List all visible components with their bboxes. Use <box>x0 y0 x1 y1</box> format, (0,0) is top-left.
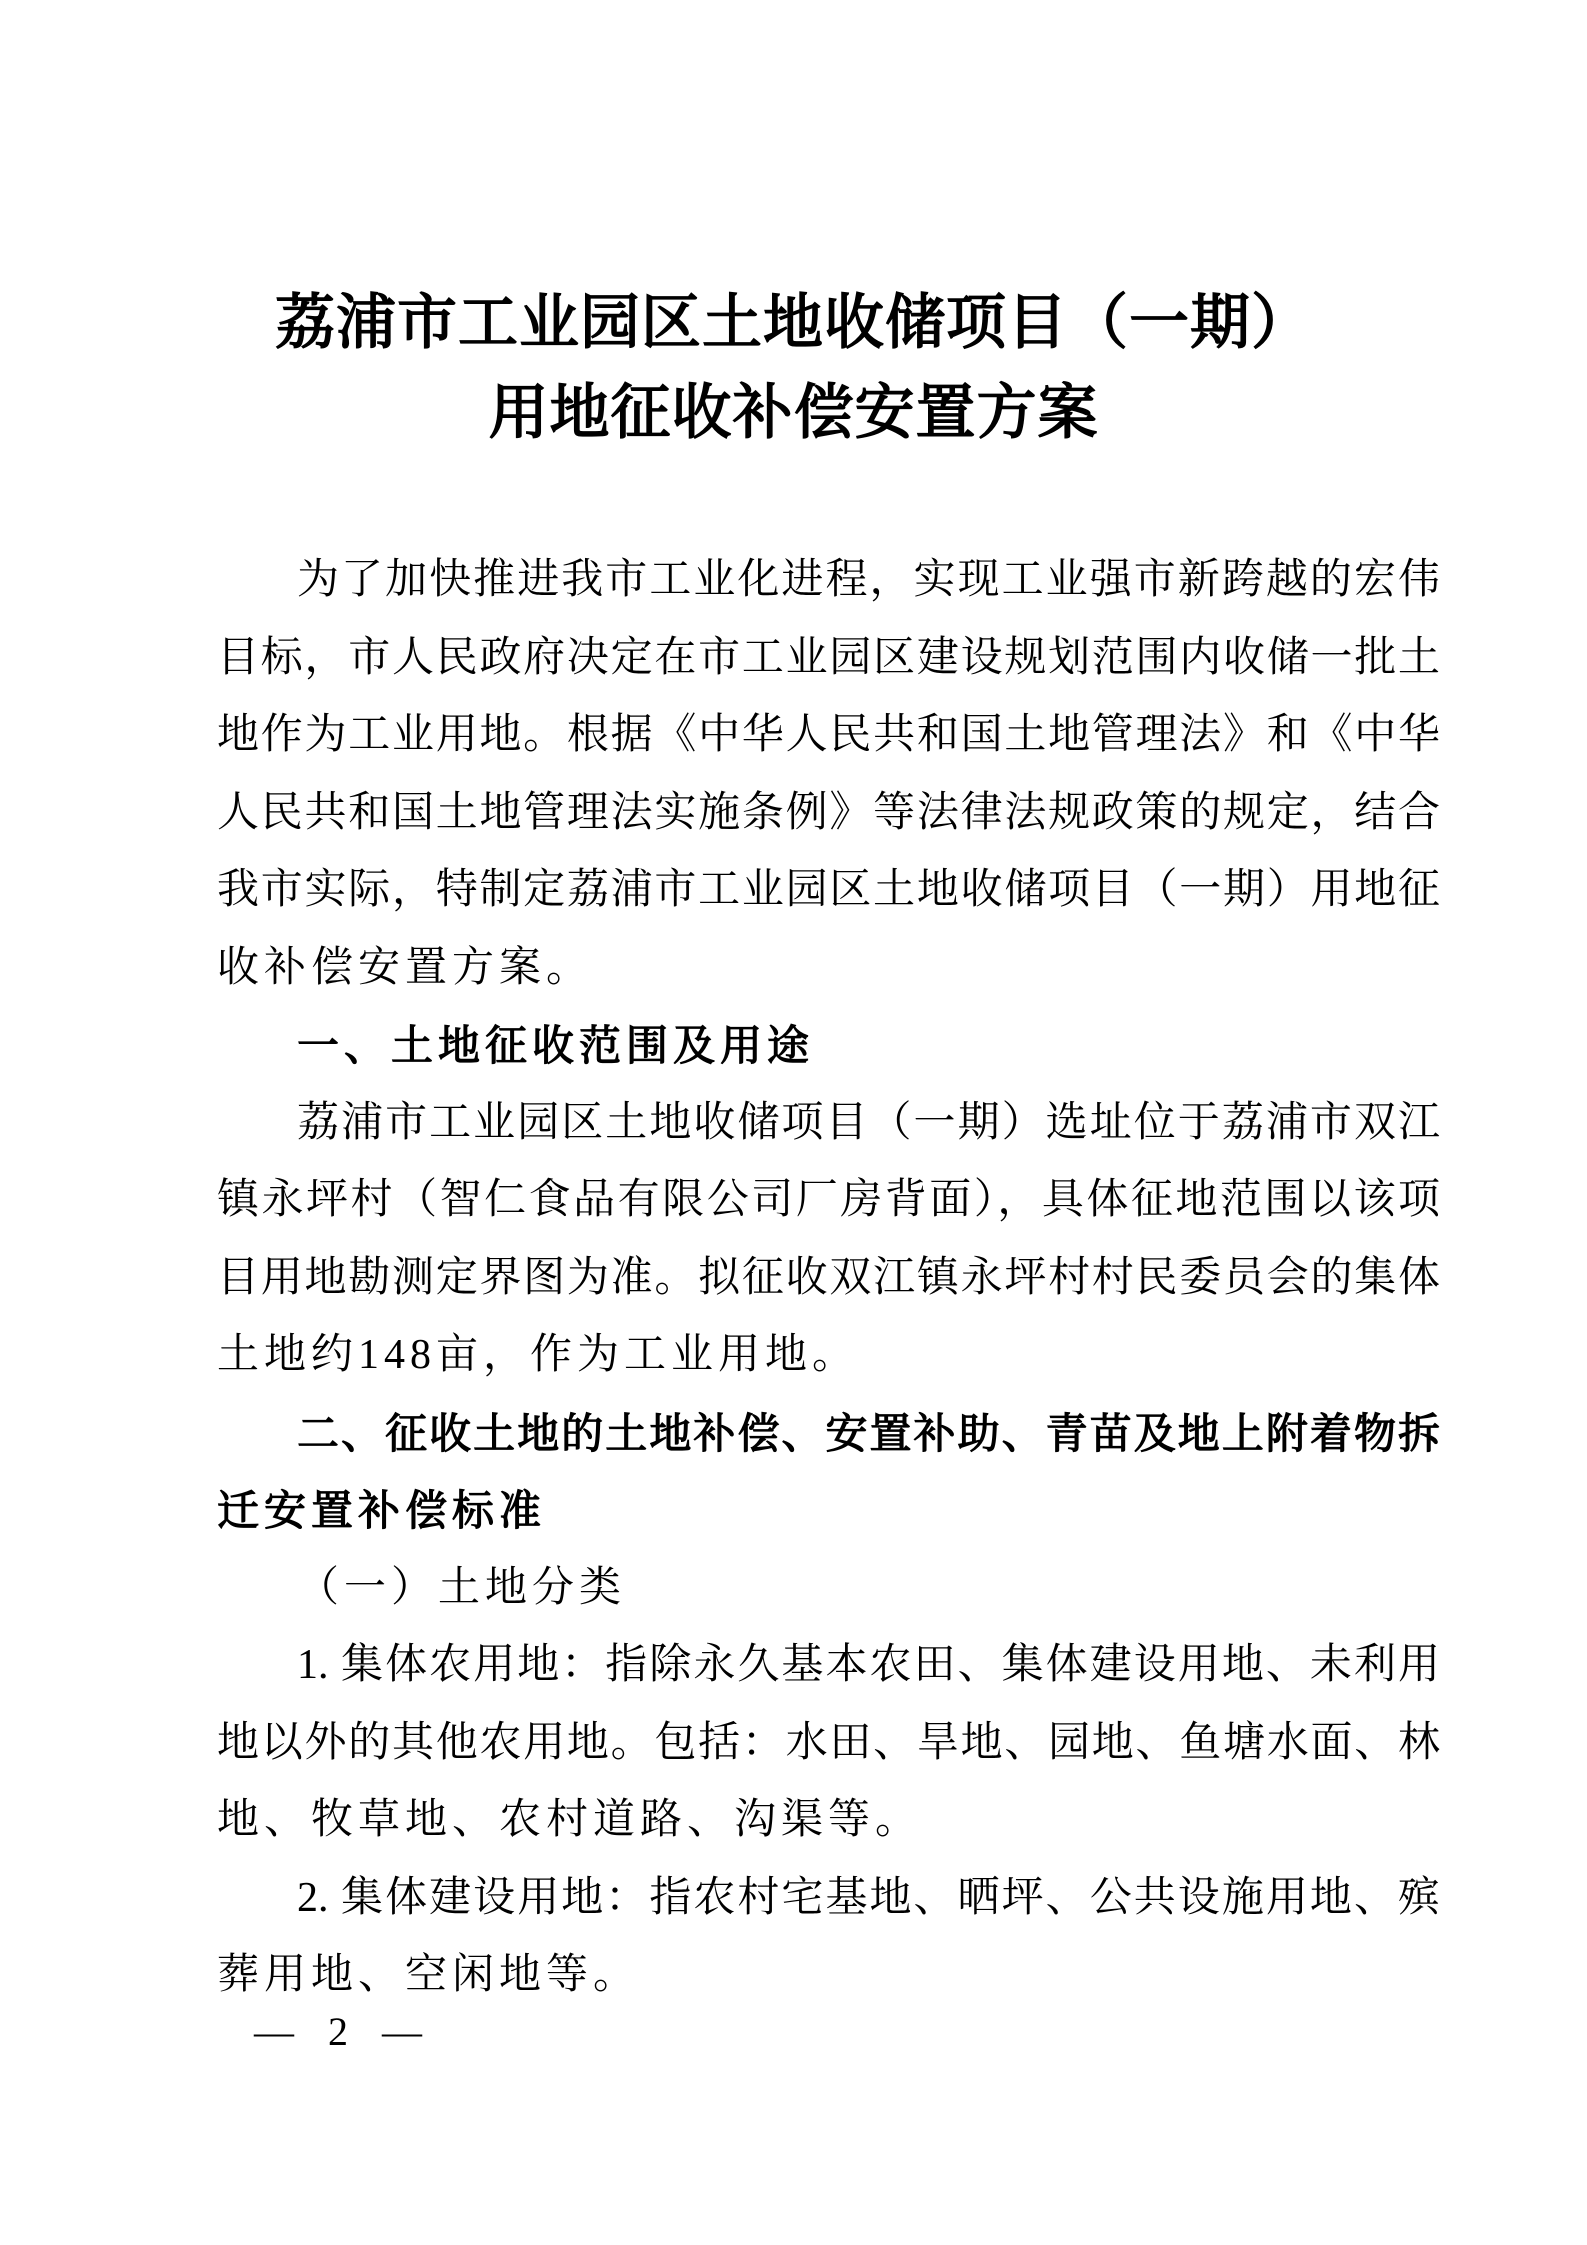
section-heading-2-line1: 二、征收土地的土地补偿、安置补助、青苗及地上附着物拆 <box>217 1395 1440 1473</box>
document-title: 荔浦市工业园区土地收储项目（一期） 用地征收补偿安置方案 <box>0 278 1587 458</box>
list-item2-line2: 葬用地、空闲地等。 <box>217 1937 1440 2015</box>
document-body: 为了加快推进我市工业化进程，实现工业强市新跨越的宏伟 目标，市人民政府决定在市工… <box>217 542 1440 2015</box>
paragraph1-line6: 收补偿安置方案。 <box>217 930 1440 1008</box>
section-heading-2-line2: 迁安置补偿标准 <box>217 1472 1440 1550</box>
paragraph1-line5: 我市实际，特制定荔浦市工业园区土地收储项目（一期）用地征 <box>217 852 1440 930</box>
paragraph2-line1: 荔浦市工业园区土地收储项目（一期）选址位于荔浦市双江 <box>217 1085 1440 1163</box>
paragraph2-line2: 镇永坪村（智仁食品有限公司厂房背面），具体征地范围以该项 <box>217 1162 1440 1240</box>
paragraph1-line4: 人民共和国土地管理法实施条例》等法律法规政策的规定，结合 <box>217 775 1440 853</box>
list-item1-line1: 1. 集体农用地：指除永久基本农田、集体建设用地、未利用 <box>217 1627 1440 1705</box>
section-heading-1: 一、土地征收范围及用途 <box>217 1007 1440 1085</box>
document-title-line1: 荔浦市工业园区土地收储项目（一期） <box>0 278 1587 368</box>
paragraph2-line4: 土地约148亩，作为工业用地。 <box>217 1317 1440 1395</box>
paragraph2-line3: 目用地勘测定界图为准。拟征收双江镇永坪村村民委员会的集体 <box>217 1240 1440 1318</box>
paragraph1-line2: 目标，市人民政府决定在市工业园区建设规划范围内收储一批土 <box>217 620 1440 698</box>
subsection-heading-1: （一）土地分类 <box>217 1550 1440 1628</box>
document-title-line2: 用地征收补偿安置方案 <box>0 368 1587 458</box>
paragraph1-line3: 地作为工业用地。根据《中华人民共和国土地管理法》和《中华 <box>217 697 1440 775</box>
list-item2-line1: 2. 集体建设用地：指农村宅基地、晒坪、公共设施用地、殡 <box>217 1860 1440 1938</box>
page-number: — 2 — <box>254 2008 434 2056</box>
list-item1-line3: 地、牧草地、农村道路、沟渠等。 <box>217 1782 1440 1860</box>
list-item1-line2: 地以外的其他农用地。包括：水田、旱地、园地、鱼塘水面、林 <box>217 1705 1440 1783</box>
paragraph1-line1: 为了加快推进我市工业化进程，实现工业强市新跨越的宏伟 <box>217 542 1440 620</box>
document-page: 荔浦市工业园区土地收储项目（一期） 用地征收补偿安置方案 为了加快推进我市工业化… <box>0 0 1587 2245</box>
